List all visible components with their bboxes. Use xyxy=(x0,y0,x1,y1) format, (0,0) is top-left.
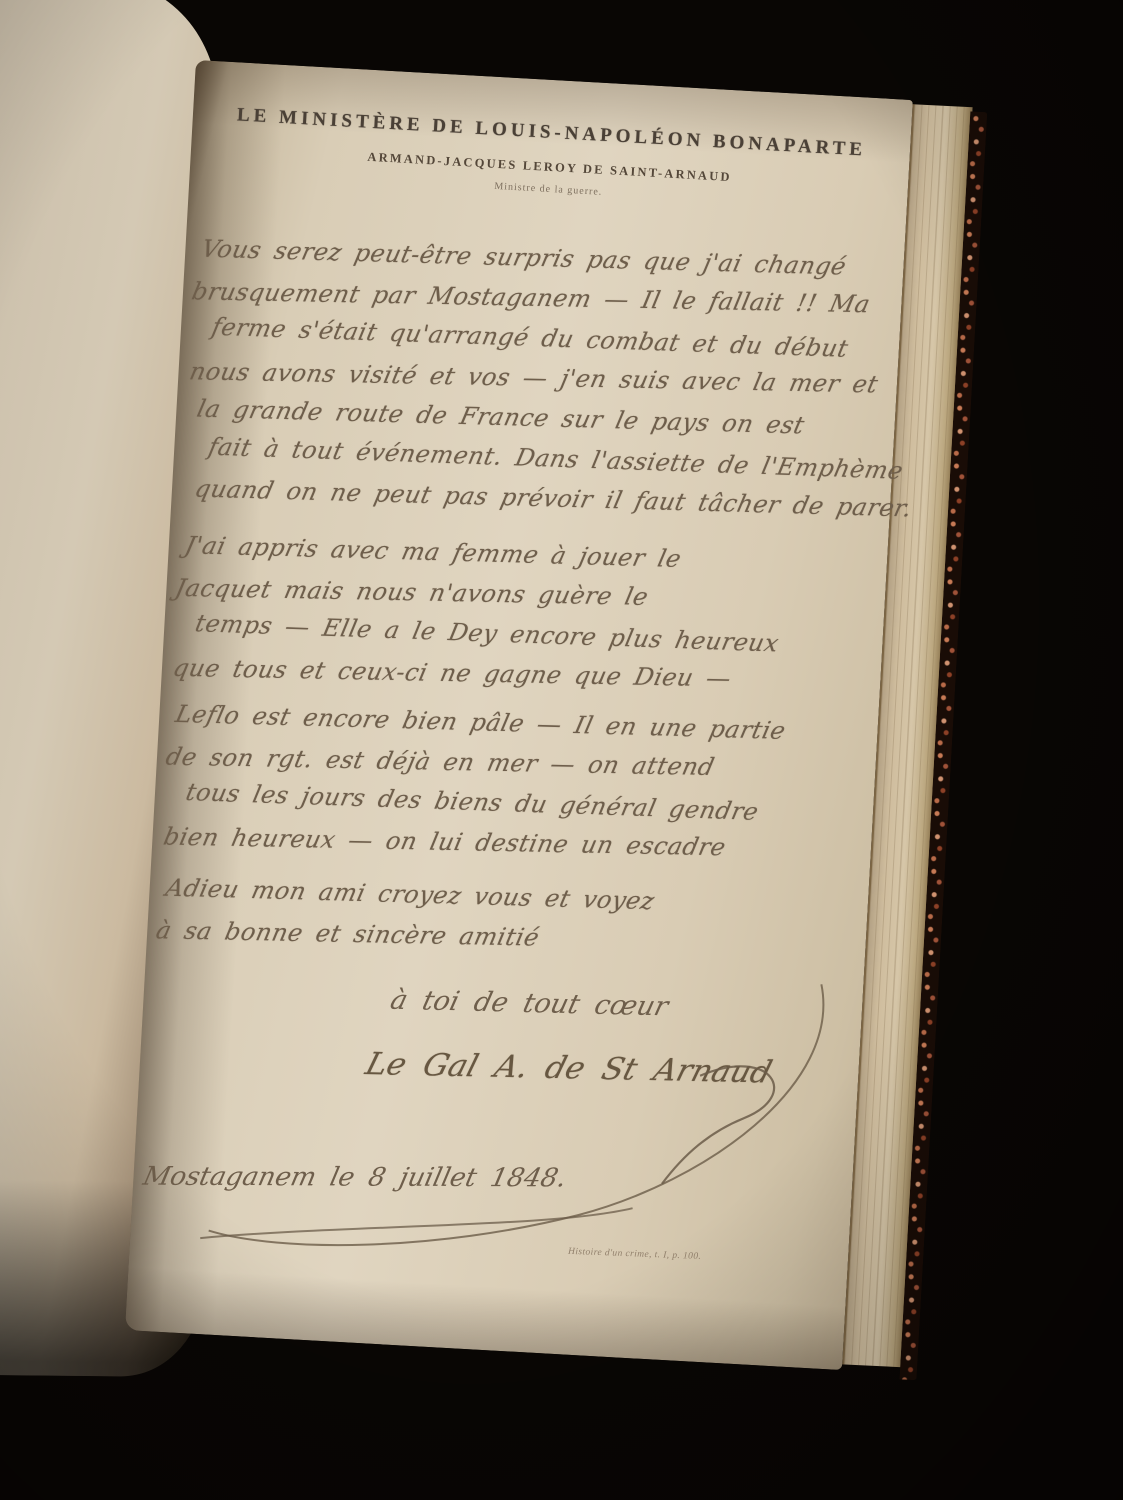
letter-page: LE MINISTÈRE DE LOUIS-NAPOLÉON BONAPARTE… xyxy=(125,60,913,1370)
open-book: LE MINISTÈRE DE LOUIS-NAPOLÉON BONAPARTE… xyxy=(124,60,1007,1395)
signature: Le Gal A. de St Arnaud xyxy=(362,1046,776,1090)
dateline: Mostaganem le 8 juillet 1848. xyxy=(140,1162,569,1193)
handwritten-paragraph-1: Vous serez peut-être surpris pas que j'a… xyxy=(195,229,863,527)
handwritten-paragraph-4: Adieu mon ami croyez vous et voyez à sa … xyxy=(165,868,827,966)
valediction: à toi de tout cœur xyxy=(387,985,671,1022)
handwritten-paragraph-3: Leflo est encore bien pâle — Il en une p… xyxy=(172,694,836,872)
book-photograph: { "photo": { "background_color": "#09060… xyxy=(0,0,1123,1500)
printed-source-caption: Histoire d'un crime, t. I, p. 100. xyxy=(568,1247,702,1262)
handwritten-paragraph-2: J'ai appris avec ma femme à jouer le Jac… xyxy=(182,525,846,703)
printed-header: LE MINISTÈRE DE LOUIS-NAPOLÉON BONAPARTE… xyxy=(190,102,911,215)
